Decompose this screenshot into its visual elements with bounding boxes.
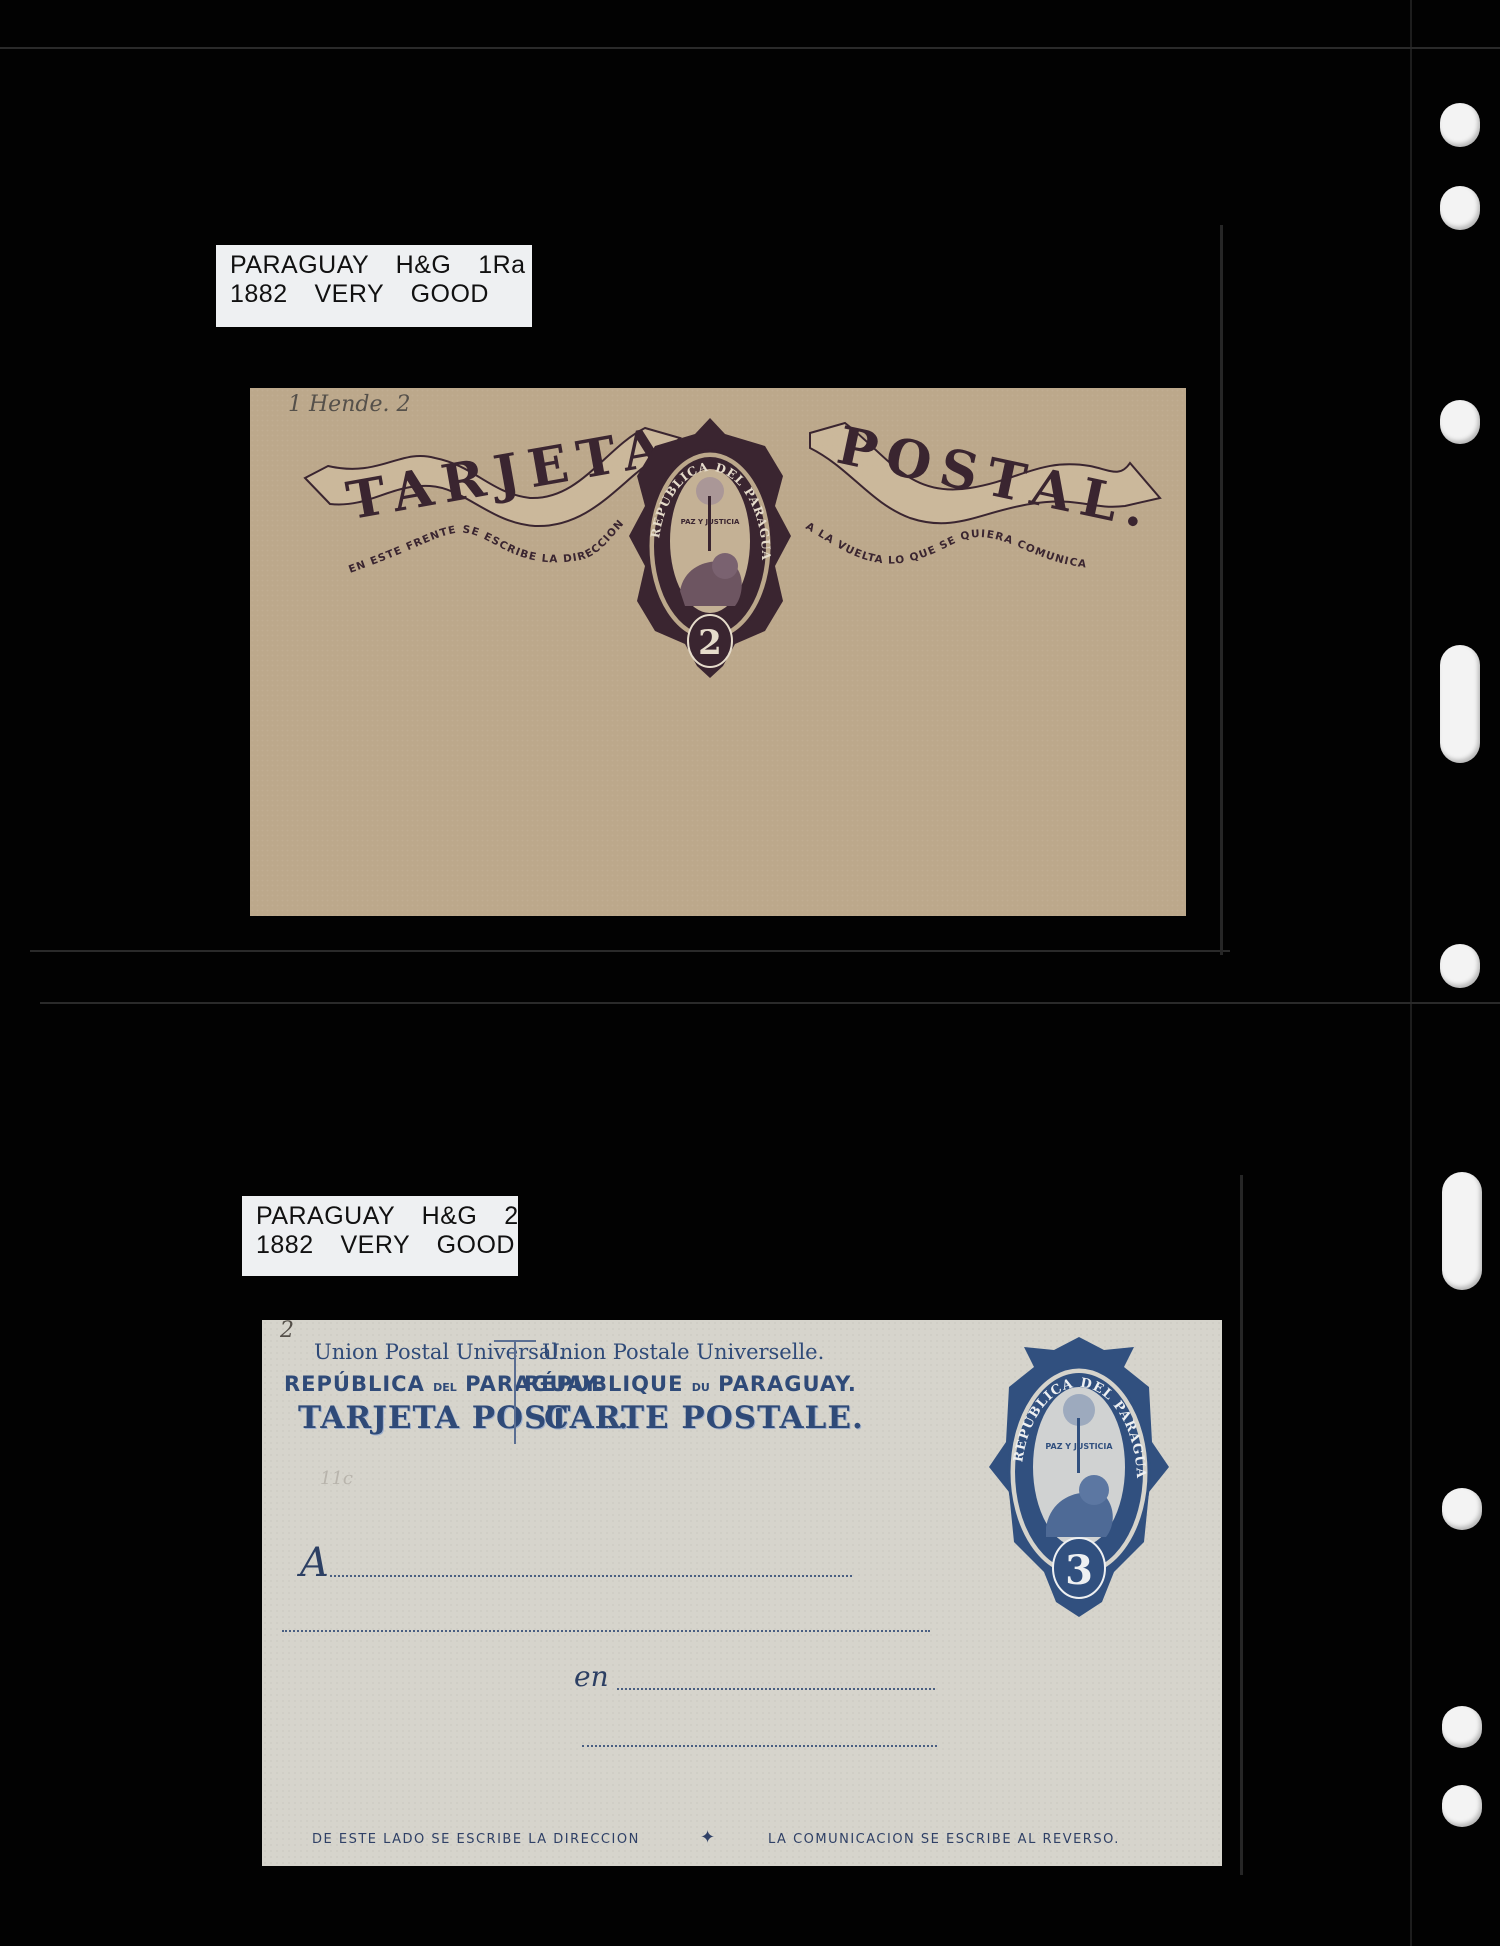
binder-hole xyxy=(1440,103,1480,147)
svg-text:2: 2 xyxy=(698,623,722,663)
footer-ornament-icon: ✦ xyxy=(700,1827,715,1848)
item-label-1: PARAGUAY H&G 1Ra 1882 VERY GOOD xyxy=(216,245,532,327)
pocket-side-1 xyxy=(1220,225,1223,955)
address-line-3 xyxy=(617,1688,935,1690)
postal-card-2: 2 11c Union Postal Universal. REPÚBLICA … xyxy=(262,1320,1222,1866)
pocket-top-edge-2 xyxy=(40,1002,1500,1004)
album-strip-divider xyxy=(1410,0,1412,1946)
label-line-1: PARAGUAY H&G 2 xyxy=(256,1202,504,1231)
postal-card-1: 1 Hende. 2 TARJETA POSTAL. EN ESTE FRENT… xyxy=(250,388,1186,916)
binder-hole xyxy=(1442,1488,1482,1530)
svg-text:PAZ Y JUSTICIA: PAZ Y JUSTICIA xyxy=(1045,1442,1113,1451)
binder-slot xyxy=(1440,645,1480,763)
svg-text:3: 3 xyxy=(1065,1547,1093,1594)
label-line-2: 1882 VERY GOOD xyxy=(230,280,518,309)
left-caption-path: EN ESTE FRENTE SE ESCRIBE LA DIRECCION. xyxy=(250,388,627,576)
right-header-title: CARTE POSTALE. xyxy=(544,1400,864,1436)
footer-left: DE ESTE LADO SE ESCRIBE LA DIRECCION xyxy=(312,1832,640,1847)
svg-text:EN ESTE FRENTE SE ESCRIBE LA D: EN ESTE FRENTE SE ESCRIBE LA DIRECCION. xyxy=(250,388,627,576)
stamp-2-centavos: REPUBLICA DEL PARAGUAY PAZ Y JUSTICIA 2 xyxy=(625,416,795,681)
address-prefix: A xyxy=(300,1540,329,1586)
address-line-1 xyxy=(330,1575,852,1577)
label-line-1: PARAGUAY H&G 1Ra xyxy=(230,251,518,280)
binder-hole xyxy=(1440,944,1480,988)
stamp-3-centavos: REPUBLICA DEL PARAGUAY PAZ Y JUSTICIA 3 xyxy=(984,1332,1174,1622)
pocket-bottom-edge-1 xyxy=(30,950,1230,952)
right-header-union: Union Postale Universelle. xyxy=(542,1340,824,1364)
location-prefix: en xyxy=(574,1660,609,1693)
address-line-4 xyxy=(582,1745,937,1747)
binder-slot xyxy=(1442,1172,1482,1290)
left-header-union: Union Postal Universal. xyxy=(314,1340,565,1364)
binder-hole xyxy=(1440,186,1480,230)
right-header-republic: RÉPUBLIQUE DU PARAGUAY. xyxy=(524,1372,857,1396)
binder-hole xyxy=(1442,1706,1482,1748)
footer-right: LA COMUNICACION SE ESCRIBE AL REVERSO. xyxy=(768,1832,1120,1847)
label-line-2: 1882 VERY GOOD xyxy=(256,1231,504,1260)
binder-hole xyxy=(1440,400,1480,444)
pocket-side-2 xyxy=(1240,1175,1243,1875)
header-divider xyxy=(514,1340,516,1444)
pencil-note: 2 xyxy=(280,1320,294,1343)
item-label-2: PARAGUAY H&G 2 1882 VERY GOOD xyxy=(242,1196,518,1276)
address-line-2 xyxy=(282,1630,930,1632)
svg-text:PAZ Y JUSTICIA: PAZ Y JUSTICIA xyxy=(681,518,740,526)
pocket-top-edge-1 xyxy=(0,47,1500,49)
pencil-faint-note: 11c xyxy=(320,1468,353,1489)
binder-hole xyxy=(1442,1785,1482,1827)
